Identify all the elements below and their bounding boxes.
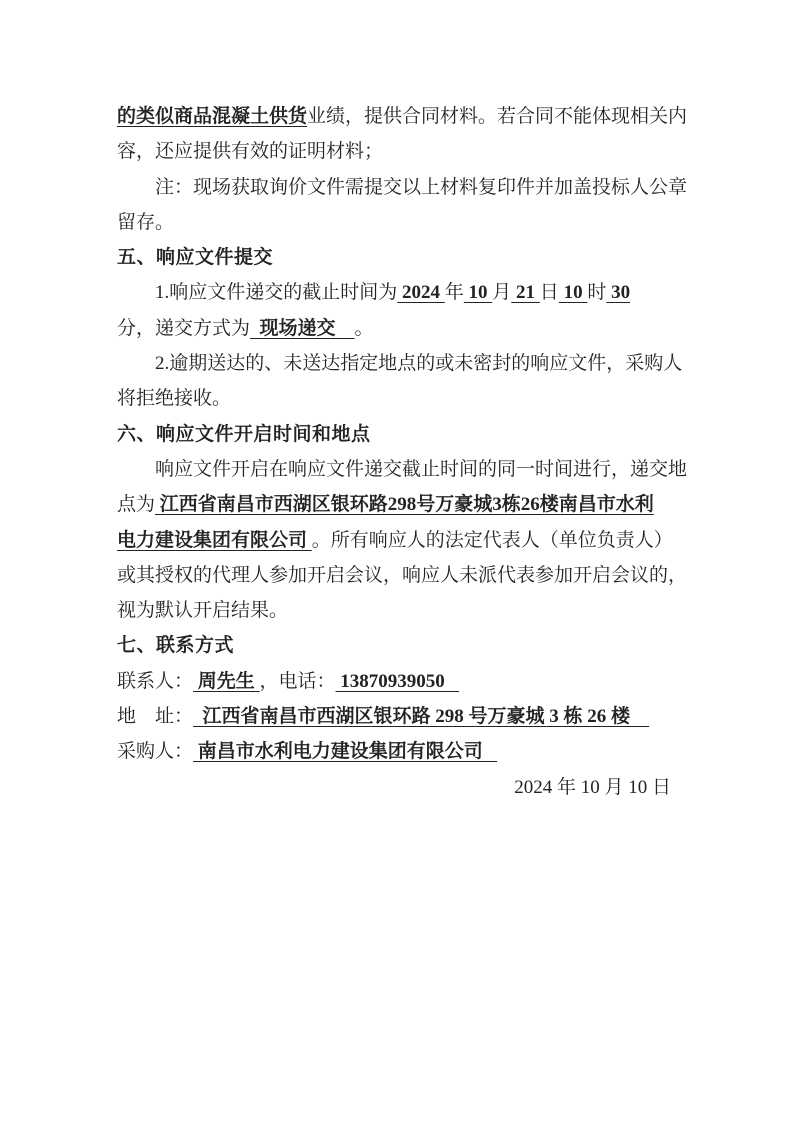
para-performance-line2: 容，还应提供有效的证明材料； bbox=[117, 134, 683, 169]
contact-person-line: 联系人： 周先生 ，电话： 13870939050 bbox=[117, 664, 683, 699]
text-run: 联系人： bbox=[117, 671, 193, 692]
text-run: 日 bbox=[540, 282, 559, 303]
text-run: 。所有响应人的法定代表人（单位负责人） bbox=[312, 530, 673, 551]
text-run: 采购人： bbox=[117, 741, 193, 762]
text-run: 将拒绝接收。 bbox=[117, 388, 231, 409]
sec5-item1-line2: 分，递交方式为 现场递交 。 bbox=[117, 311, 683, 346]
contact-address-line: 地 址： 江西省南昌市西湖区银环路 298 号万豪城 3 栋 26 楼 bbox=[117, 699, 683, 734]
text-run: 月 bbox=[492, 282, 511, 303]
text-run: 1.响应文件递交的截止时间为 bbox=[155, 282, 397, 303]
text-run: 江西省南昌市西湖区银环路298号万豪城3栋26楼南昌市水利 bbox=[155, 494, 654, 515]
text-run: 周先生 bbox=[193, 671, 260, 692]
text-run: 10 bbox=[559, 282, 588, 303]
sec6-line3: 电力建设集团有限公司 。所有响应人的法定代表人（单位负责人） bbox=[117, 523, 683, 558]
note-line2: 留存。 bbox=[117, 205, 683, 240]
text-run: 南昌市水利电力建设集团有限公司 bbox=[193, 741, 497, 762]
text-run: 10 bbox=[464, 282, 493, 303]
text-run: 六、响应文件开启时间和地点 bbox=[117, 424, 371, 445]
heading-section-5: 五、响应文件提交 bbox=[117, 240, 683, 275]
text-run: 21 bbox=[511, 282, 540, 303]
text-run: 七、联系方式 bbox=[117, 635, 234, 656]
sec6-line4: 或其授权的代理人参加开启会议，响应人未派代表参加开启会议的， bbox=[117, 558, 683, 593]
text-run: 2.逾期送达的、未送达指定地点的或未密封的响应文件，采购人 bbox=[155, 353, 682, 374]
text-run: 2024 bbox=[397, 282, 445, 303]
document-page: 的类似商品混凝土供货业绩，提供合同材料。若合同不能体现相关内容，还应提供有效的证… bbox=[0, 0, 800, 1132]
text-run: 。 bbox=[355, 318, 374, 339]
text-run: 注：现场获取询价文件需提交以上材料复印件并加盖投标人公章 bbox=[155, 177, 687, 198]
text-run: 电力建设集团有限公司 bbox=[117, 530, 312, 551]
text-run: ，电话： bbox=[260, 671, 336, 692]
text-run: 点为 bbox=[117, 494, 155, 515]
text-run: 响应文件开启在响应文件递交截止时间的同一时间进行，递交地 bbox=[155, 459, 687, 480]
document-content: 的类似商品混凝土供货业绩，提供合同材料。若合同不能体现相关内容，还应提供有效的证… bbox=[117, 99, 683, 805]
para-performance-line1: 的类似商品混凝土供货业绩，提供合同材料。若合同不能体现相关内 bbox=[117, 99, 683, 134]
sec6-line1: 响应文件开启在响应文件递交截止时间的同一时间进行，递交地 bbox=[117, 452, 683, 487]
text-run: 30 bbox=[606, 282, 630, 303]
text-run: 分，递交方式为 bbox=[117, 318, 250, 339]
text-run: 业绩，提供合同材料。若合同不能体现相关内 bbox=[307, 106, 687, 127]
text-run: 年 bbox=[445, 282, 464, 303]
text-run: 或其授权的代理人参加开启会议，响应人未派代表参加开启会议的， bbox=[117, 565, 687, 586]
date-line: 2024 年 10 月 10 日 bbox=[117, 770, 683, 805]
heading-section-7: 七、联系方式 bbox=[117, 628, 683, 663]
sec5-item1-line1: 1.响应文件递交的截止时间为 2024 年 10 月 21 日 10 时 30 bbox=[117, 275, 683, 310]
text-run: 的类似商品混凝土供货 bbox=[117, 106, 307, 127]
text-run: 地 址： bbox=[117, 706, 193, 727]
sec5-item2-line1: 2.逾期送达的、未送达指定地点的或未密封的响应文件，采购人 bbox=[117, 346, 683, 381]
text-run: 江西省南昌市西湖区银环路 298 号万豪城 3 栋 26 楼 bbox=[193, 706, 649, 727]
sec6-line5: 视为默认开启结果。 bbox=[117, 593, 683, 628]
heading-section-6: 六、响应文件开启时间和地点 bbox=[117, 417, 683, 452]
text-run: 五、响应文件提交 bbox=[117, 247, 273, 268]
contact-purchaser-line: 采购人： 南昌市水利电力建设集团有限公司 bbox=[117, 734, 683, 769]
text-run: 留存。 bbox=[117, 212, 174, 233]
text-run: 2024 年 10 月 10 日 bbox=[514, 777, 671, 798]
sec5-item2-line2: 将拒绝接收。 bbox=[117, 381, 683, 416]
note-line1: 注：现场获取询价文件需提交以上材料复印件并加盖投标人公章 bbox=[117, 170, 683, 205]
text-run: 视为默认开启结果。 bbox=[117, 600, 288, 621]
sec6-line2: 点为 江西省南昌市西湖区银环路298号万豪城3栋26楼南昌市水利 bbox=[117, 487, 683, 522]
text-run: 时 bbox=[587, 282, 606, 303]
text-run: 容，还应提供有效的证明材料； bbox=[117, 141, 383, 162]
text-run: 13870939050 bbox=[336, 671, 460, 692]
text-run: 现场递交 bbox=[250, 318, 355, 339]
